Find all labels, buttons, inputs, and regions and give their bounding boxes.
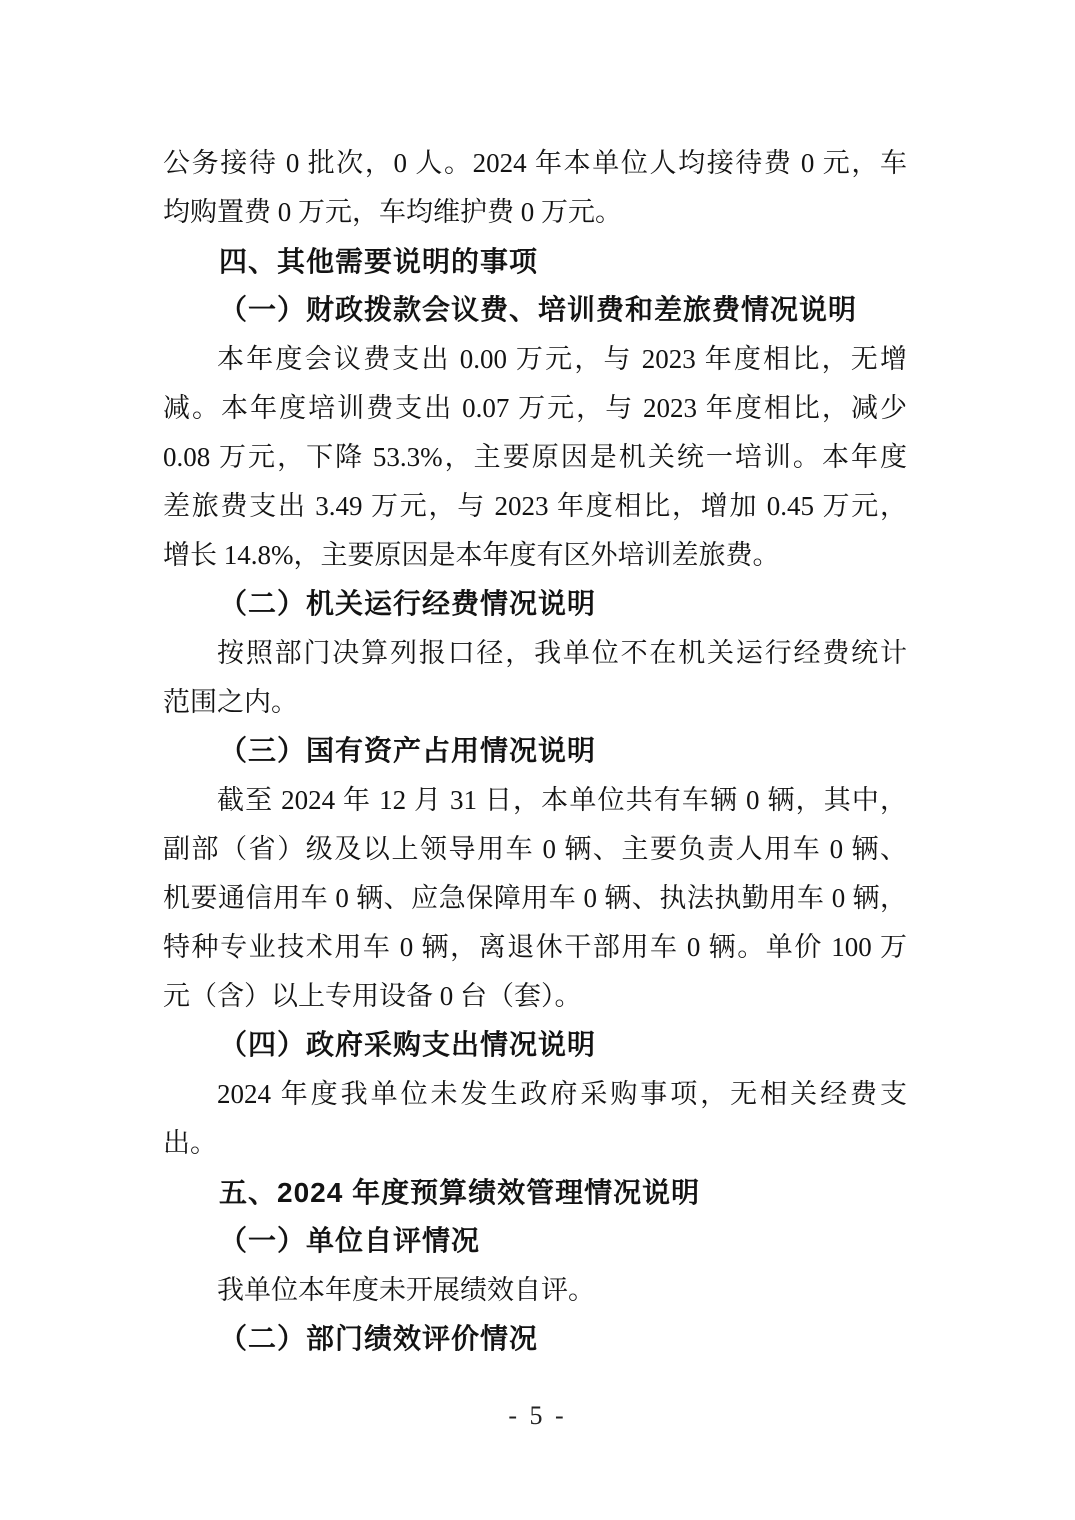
heading-4-1: （一）财政拨款会议费、培训费和差旅费情况说明: [163, 286, 907, 335]
body-line: 增长 14.8%，主要原因是本年度有区外培训差旅费。: [163, 531, 907, 580]
document-body: 公务接待 0 批次，0 人。2024 年本单位人均接待费 0 元，车 均购置费 …: [163, 139, 907, 1364]
heading-4-2: （二）机关运行经费情况说明: [163, 580, 907, 629]
body-line: 均购置费 0 万元，车均维护费 0 万元。: [163, 188, 907, 237]
body-line: 本年度会议费支出 0.00 万元，与 2023 年度相比，无增: [163, 335, 907, 384]
body-line: 我单位本年度未开展绩效自评。: [163, 1266, 907, 1315]
body-line: 副部（省）级及以上领导用车 0 辆、主要负责人用车 0 辆、: [163, 825, 907, 874]
body-line: 元（含）以上专用设备 0 台（套）。: [163, 972, 907, 1021]
body-line: 范围之内。: [163, 678, 907, 727]
body-line: 0.08 万元，下降 53.3%，主要原因是机关统一培训。本年度: [163, 433, 907, 482]
body-line: 差旅费支出 3.49 万元，与 2023 年度相比，增加 0.45 万元，: [163, 482, 907, 531]
page-number: - 5 -: [0, 1396, 1075, 1436]
body-line: 公务接待 0 批次，0 人。2024 年本单位人均接待费 0 元，车: [163, 139, 907, 188]
heading-5-2: （二）部门绩效评价情况: [163, 1315, 907, 1364]
heading-5-1: （一）单位自评情况: [163, 1217, 907, 1266]
body-line: 特种专业技术用车 0 辆，离退休干部用车 0 辆。单价 100 万: [163, 923, 907, 972]
body-line: 机要通信用车 0 辆、应急保障用车 0 辆、执法执勤用车 0 辆，: [163, 874, 907, 923]
body-line: 截至 2024 年 12 月 31 日，本单位共有车辆 0 辆，其中，: [163, 776, 907, 825]
body-line: 减。本年度培训费支出 0.07 万元，与 2023 年度相比，减少: [163, 384, 907, 433]
body-line: 2024 年度我单位未发生政府采购事项，无相关经费支: [163, 1070, 907, 1119]
heading-4-4: （四）政府采购支出情况说明: [163, 1021, 907, 1070]
heading-4-3: （三）国有资产占用情况说明: [163, 727, 907, 776]
body-line: 按照部门决算列报口径，我单位不在机关运行经费统计: [163, 629, 907, 678]
heading-section-4: 四、其他需要说明的事项: [163, 237, 907, 286]
document-page: 公务接待 0 批次，0 人。2024 年本单位人均接待费 0 元，车 均购置费 …: [0, 0, 1075, 1520]
heading-section-5: 五、2024 年度预算绩效管理情况说明: [163, 1168, 907, 1217]
body-line: 出。: [163, 1119, 907, 1168]
